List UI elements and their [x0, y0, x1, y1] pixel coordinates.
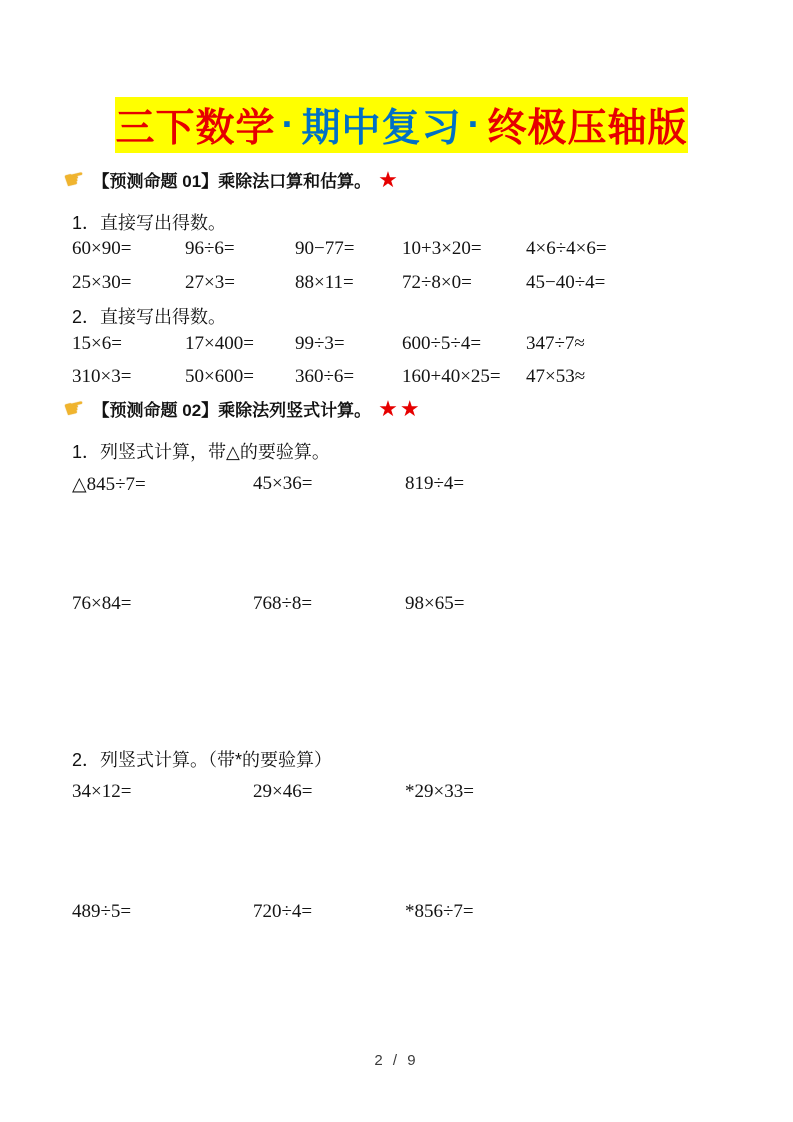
- math-problem: 47×53≈: [526, 366, 732, 388]
- question-label: 1．直接写出得数。: [72, 209, 226, 235]
- pointing-hand-icon: ☛: [61, 165, 88, 193]
- math-problem: 50×600=: [185, 366, 295, 388]
- math-problem: 88×11=: [295, 272, 402, 294]
- math-problem: △845÷7=: [72, 473, 253, 496]
- equation-row: 60×90= 96÷6= 90−77= 10+3×20= 4×6÷4×6=: [72, 238, 732, 260]
- math-problem: 4×6÷4×6=: [526, 238, 732, 260]
- math-problem: 720÷4=: [253, 901, 405, 923]
- equation-row: 15×6= 17×400= 99÷3= 600÷5÷4= 347÷7≈: [72, 333, 732, 355]
- equation-row: 34×12= 29×46= *29×33=: [72, 781, 732, 803]
- equation-row: 76×84= 768÷8= 98×65=: [72, 593, 732, 615]
- math-problem: 72÷8×0=: [402, 272, 526, 294]
- math-problem: 17×400=: [185, 333, 295, 355]
- math-problem: 15×6=: [72, 333, 185, 355]
- math-problem: 90−77=: [295, 238, 402, 260]
- title-dot-separator: ·: [468, 103, 482, 147]
- math-problem: 360÷6=: [295, 366, 402, 388]
- math-problem: 768÷8=: [253, 593, 405, 615]
- math-problem: 160+40×25=: [402, 366, 526, 388]
- title-banner: 三下数学 · 期中复习 · 终极压轴版: [115, 97, 688, 153]
- math-problem: 45×36=: [253, 473, 405, 496]
- math-problem: 45−40÷4=: [526, 272, 732, 294]
- page-number: 2 / 9: [0, 1052, 793, 1069]
- equation-row: △845÷7= 45×36= 819÷4=: [72, 473, 732, 496]
- math-problem: 96÷6=: [185, 238, 295, 260]
- section-02-title: 【预测命题 02】乘除法列竖式计算。: [93, 396, 372, 421]
- math-problem: 489÷5=: [72, 901, 253, 923]
- difficulty-star-icon: ★★: [378, 398, 421, 420]
- math-problem: 29×46=: [253, 781, 405, 803]
- title-dot-separator: ·: [281, 103, 295, 147]
- question-label: 2．直接写出得数。: [72, 303, 226, 329]
- math-problem: 76×84=: [72, 593, 253, 615]
- math-problem: 60×90=: [72, 238, 185, 260]
- equation-row: 489÷5= 720÷4= *856÷7=: [72, 901, 732, 923]
- equation-row: 25×30= 27×3= 88×11= 72÷8×0= 45−40÷4=: [72, 272, 732, 294]
- title-segment: 期中复习: [301, 97, 461, 153]
- question-label: 2．列竖式计算。（带*的要验算）: [72, 746, 332, 772]
- question-label: 1．列竖式计算，带△的要验算。: [72, 438, 330, 464]
- math-problem: 600÷5÷4=: [402, 333, 526, 355]
- section-01-title: 【预测命题 01】乘除法口算和估算。: [93, 167, 372, 192]
- section-01-header: ☛ 【预测命题 01】乘除法口算和估算。 ★: [64, 167, 400, 192]
- section-02-header: ☛ 【预测命题 02】乘除法列竖式计算。 ★★: [64, 396, 422, 421]
- math-problem: 347÷7≈: [526, 333, 732, 355]
- math-problem: 25×30=: [72, 272, 185, 294]
- difficulty-star-icon: ★: [378, 169, 400, 191]
- math-problem: 98×65=: [405, 593, 732, 615]
- math-problem: *856÷7=: [405, 901, 732, 923]
- math-problem: 310×3=: [72, 366, 185, 388]
- title-segment: 三下数学: [115, 97, 275, 153]
- math-problem: 819÷4=: [405, 473, 732, 496]
- math-problem: 99÷3=: [295, 333, 402, 355]
- math-problem: 10+3×20=: [402, 238, 526, 260]
- pointing-hand-icon: ☛: [61, 394, 88, 422]
- title-segment: 终极压轴版: [488, 97, 688, 153]
- equation-row: 310×3= 50×600= 360÷6= 160+40×25= 47×53≈: [72, 366, 732, 388]
- math-problem: *29×33=: [405, 781, 732, 803]
- math-problem: 27×3=: [185, 272, 295, 294]
- math-problem: 34×12=: [72, 781, 253, 803]
- worksheet-page: 三下数学 · 期中复习 · 终极压轴版 ☛ 【预测命题 01】乘除法口算和估算。…: [0, 0, 793, 1122]
